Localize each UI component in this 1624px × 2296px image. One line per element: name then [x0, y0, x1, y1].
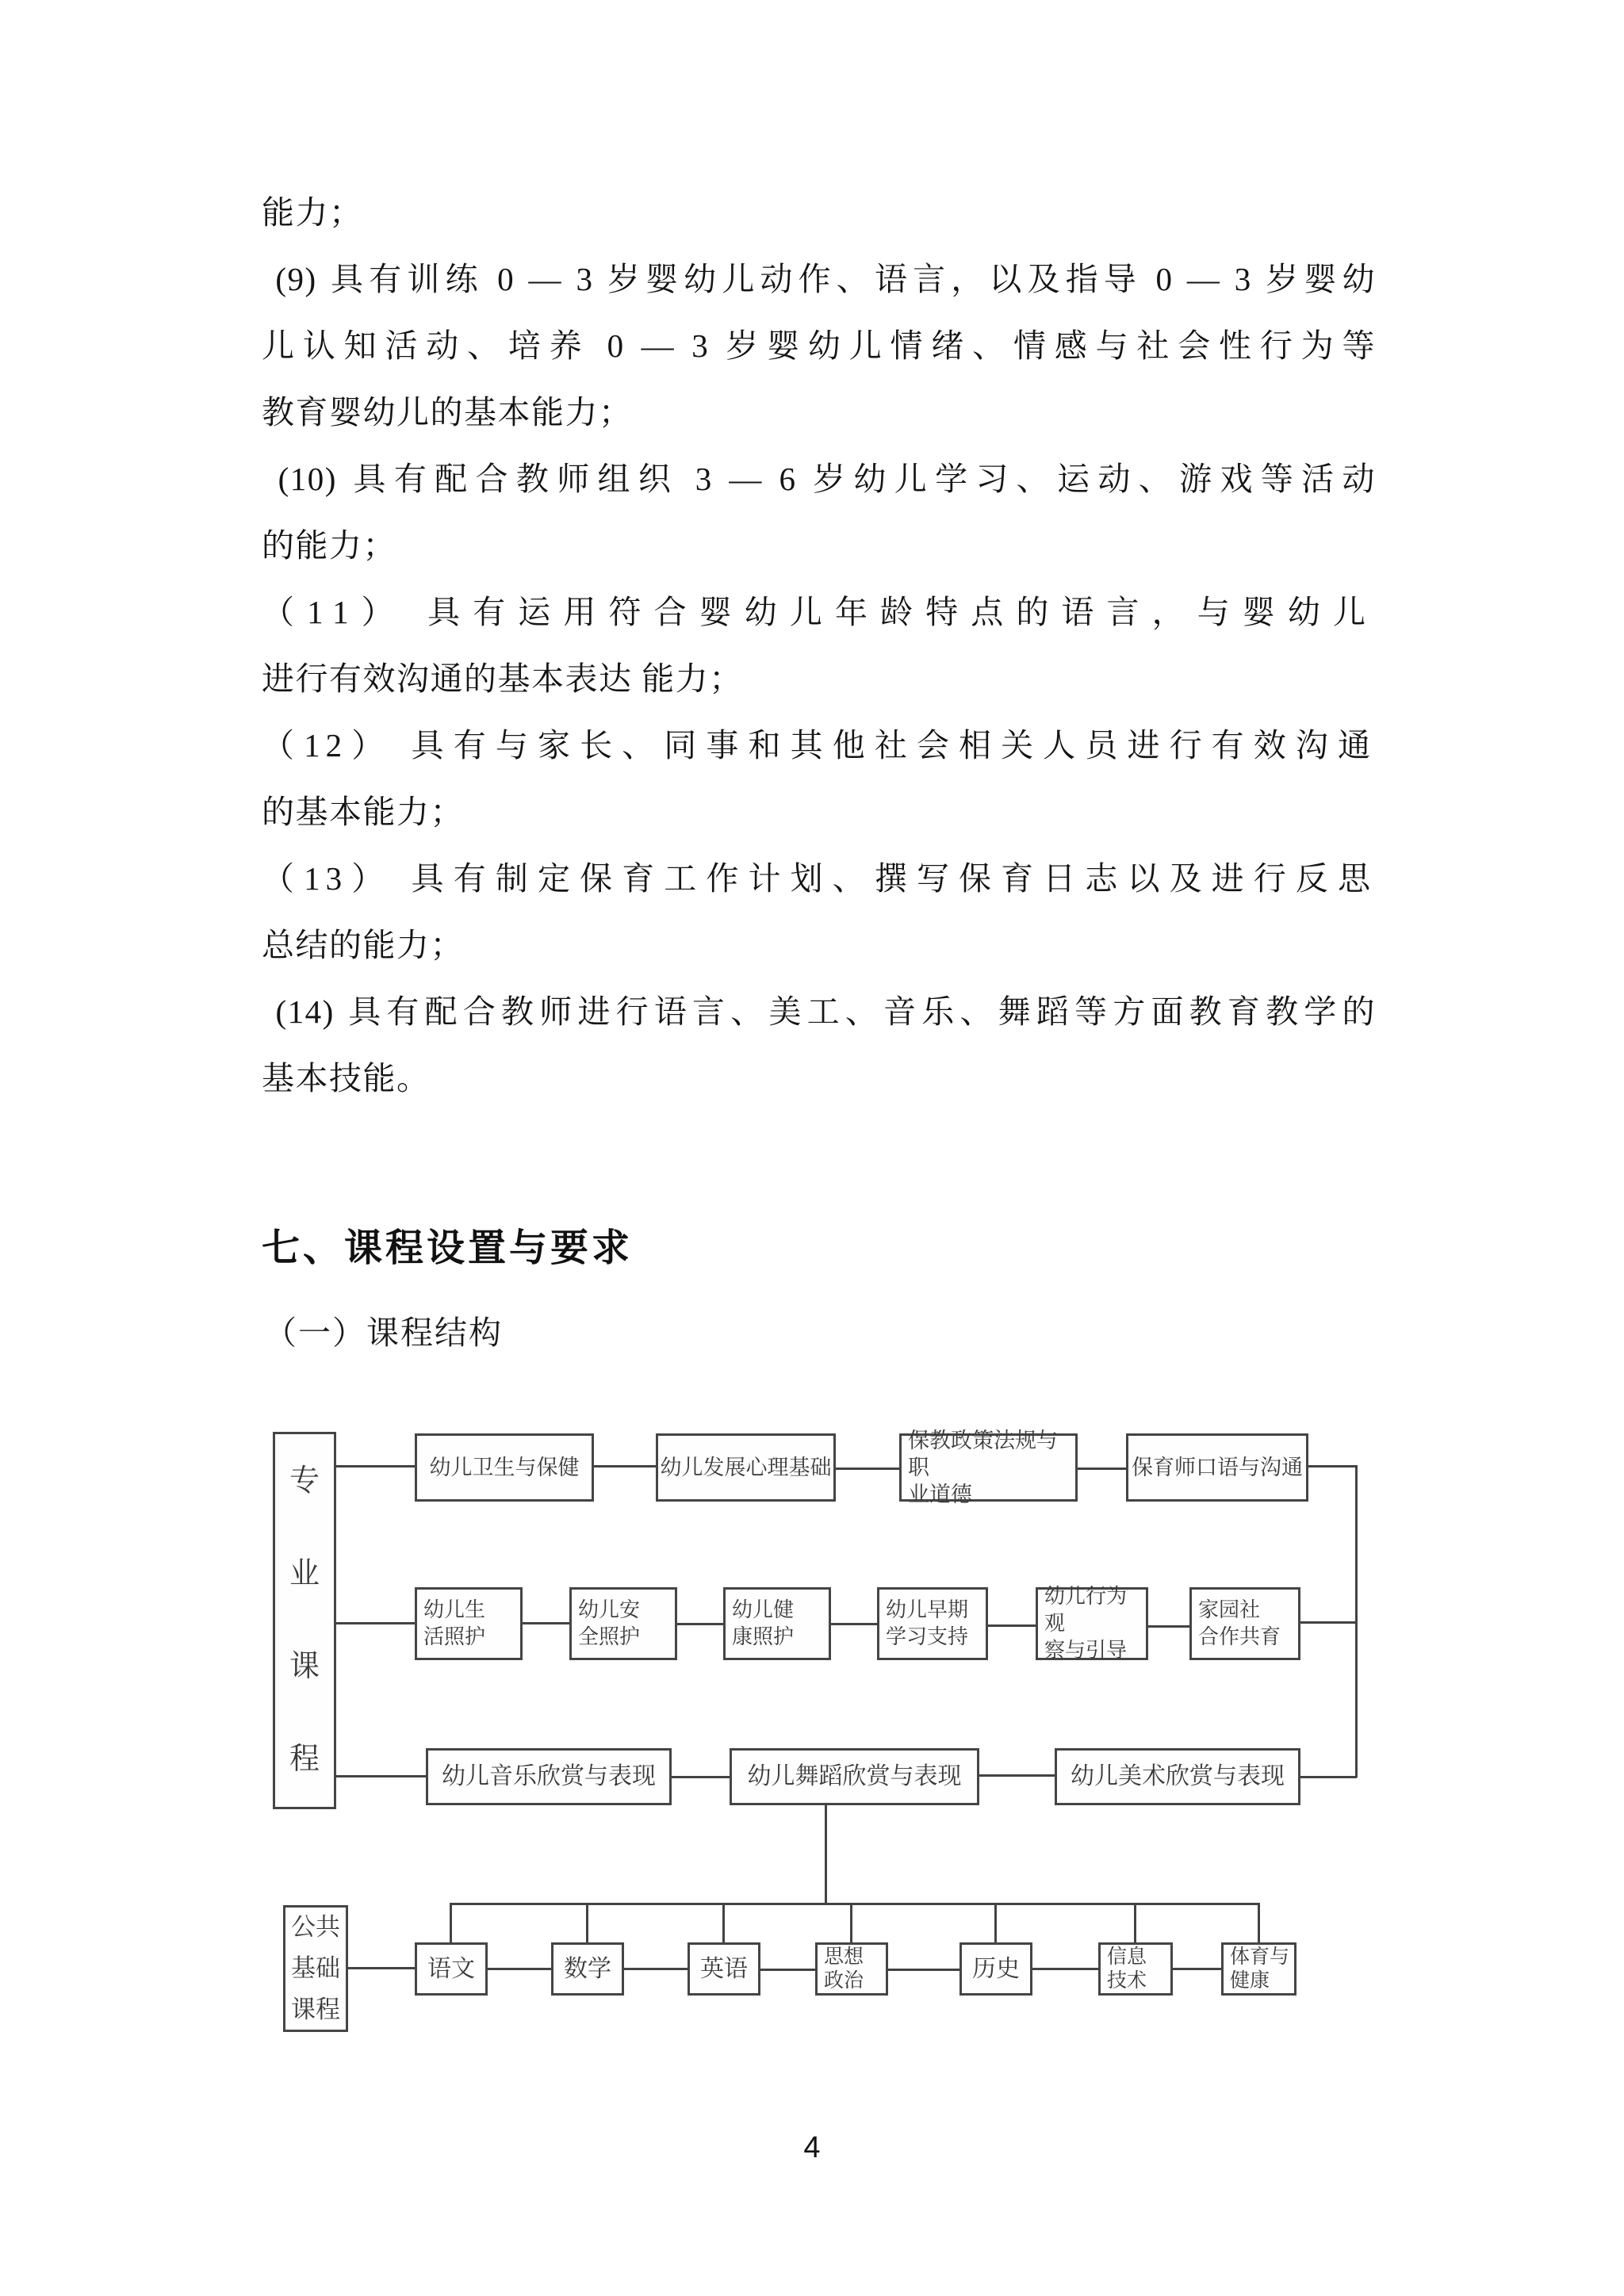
connector-line: [450, 1903, 452, 1942]
connector-line: [672, 1776, 730, 1778]
page-number: 4: [0, 2131, 1624, 2165]
body-line: （13） 具有制定保育工作计划、撰写保育日志以及进行反思: [262, 845, 1376, 912]
connector-line: [450, 1903, 1260, 1905]
behavior-observation-guidance-box: 幼儿行为观 察与引导: [1036, 1587, 1148, 1660]
art-appreciation-box: 幼儿美术欣赏与表现: [1055, 1748, 1300, 1805]
connector-line: [586, 1903, 588, 1942]
connector-line: [336, 1622, 415, 1624]
body-line: 总结的能力；: [262, 912, 1376, 978]
connector-line: [336, 1775, 426, 1777]
body-line: （12） 具有与家长、同事和其他社会相关人员进行有效沟通: [262, 712, 1376, 779]
connector-line: [831, 1623, 877, 1625]
dance-appreciation-box: 幼儿舞蹈欣赏与表现: [730, 1748, 979, 1805]
connector-line: [677, 1623, 723, 1625]
body-line: 能力；: [262, 179, 1376, 246]
pe-health-course-box: 体育与 健康: [1221, 1942, 1297, 1996]
document-page: 能力； (9) 具有训练 0 — 3 岁婴幼儿动作、语言，以及指导 0 — 3 …: [0, 0, 1624, 2296]
politics-course-box: 思想 政治: [815, 1942, 888, 1996]
public-basic-courses-box: 公共 基础 课程: [283, 1905, 348, 2032]
connector-line: [722, 1903, 725, 1942]
early-learning-support-box: 幼儿早期 学习支持: [877, 1587, 988, 1660]
home-kindergarten-community-box: 家园社 合作共育: [1189, 1587, 1300, 1660]
connector-line: [979, 1774, 1055, 1777]
caregiver-speaking-communication-box: 保育师口语与沟通: [1126, 1433, 1308, 1502]
connector-line: [488, 1968, 551, 1970]
infant-daily-care-box: 幼儿生 活照护: [415, 1587, 523, 1660]
connector-line: [1258, 1903, 1260, 1942]
body-line: (10) 具有配合教师组织 3 — 6 岁幼儿学习、运动、游戏等活动: [262, 446, 1376, 512]
connector-line: [888, 1969, 959, 1971]
english-course-box: 英语: [688, 1942, 760, 1996]
infant-safety-care-box: 幼儿安 全照护: [569, 1587, 677, 1660]
body-line: (9) 具有训练 0 — 3 岁婴幼儿动作、语言，以及指导 0 — 3 岁婴幼: [262, 246, 1376, 312]
connector-line: [760, 1969, 815, 1971]
subsection-heading: （一）课程结构: [264, 1307, 503, 1353]
connector-line: [1300, 1776, 1357, 1778]
connector-line: [825, 1805, 827, 1905]
infant-health-care-box: 幼儿健 康照护: [723, 1587, 831, 1660]
connector-line: [523, 1622, 569, 1624]
information-technology-course-box: 信息 技术: [1098, 1942, 1173, 1996]
child-development-psychology-box: 幼儿发展心理基础: [656, 1433, 836, 1502]
connector-line: [348, 1967, 415, 1969]
body-line: 儿认知活动、培养 0 — 3 岁婴幼儿情绪、情感与社会性行为等: [262, 312, 1376, 379]
history-course-box: 历史: [959, 1942, 1032, 1996]
body-line: 基本技能。: [262, 1045, 1376, 1112]
connector-line: [594, 1465, 656, 1468]
childcare-policy-ethics-box: 保教政策法规与职 业道德: [899, 1433, 1078, 1502]
body-line: (14) 具有配合教师进行语言、美工、音乐、舞蹈等方面教育教学的: [262, 978, 1376, 1045]
body-line: 的基本能力；: [262, 779, 1376, 845]
connector-line: [1355, 1465, 1358, 1777]
connector-line: [1032, 1968, 1098, 1970]
connector-line: [1134, 1903, 1136, 1942]
body-line: 的能力；: [262, 512, 1376, 579]
infant-hygiene-health-box: 幼儿卫生与保健: [415, 1433, 594, 1502]
connector-line: [336, 1465, 415, 1468]
body-text: 能力； (9) 具有训练 0 — 3 岁婴幼儿动作、语言，以及指导 0 — 3 …: [262, 179, 1376, 1112]
connector-line: [1148, 1625, 1189, 1628]
connector-line: [624, 1968, 688, 1970]
body-line: 进行有效沟通的基本表达 能力；: [262, 645, 1376, 712]
connector-line: [1300, 1621, 1357, 1624]
body-line: 教育婴幼儿的基本能力；: [262, 379, 1376, 446]
math-course-box: 数学: [551, 1942, 624, 1996]
connector-line: [836, 1468, 899, 1470]
connector-line: [850, 1903, 852, 1942]
connector-line: [1173, 1968, 1221, 1970]
professional-courses-box: 专 业 课 程: [273, 1432, 336, 1809]
connector-line: [988, 1624, 1036, 1627]
body-line: （11） 具有运用符合婴幼儿年龄特点的语言，与婴幼儿: [262, 579, 1376, 645]
connector-line: [994, 1903, 997, 1942]
connector-line: [1308, 1465, 1358, 1468]
connector-line: [1078, 1468, 1126, 1470]
music-appreciation-box: 幼儿音乐欣赏与表现: [426, 1748, 672, 1805]
chinese-course-box: 语文: [415, 1942, 488, 1996]
section-heading: 七、课程设置与要求: [262, 1217, 633, 1272]
